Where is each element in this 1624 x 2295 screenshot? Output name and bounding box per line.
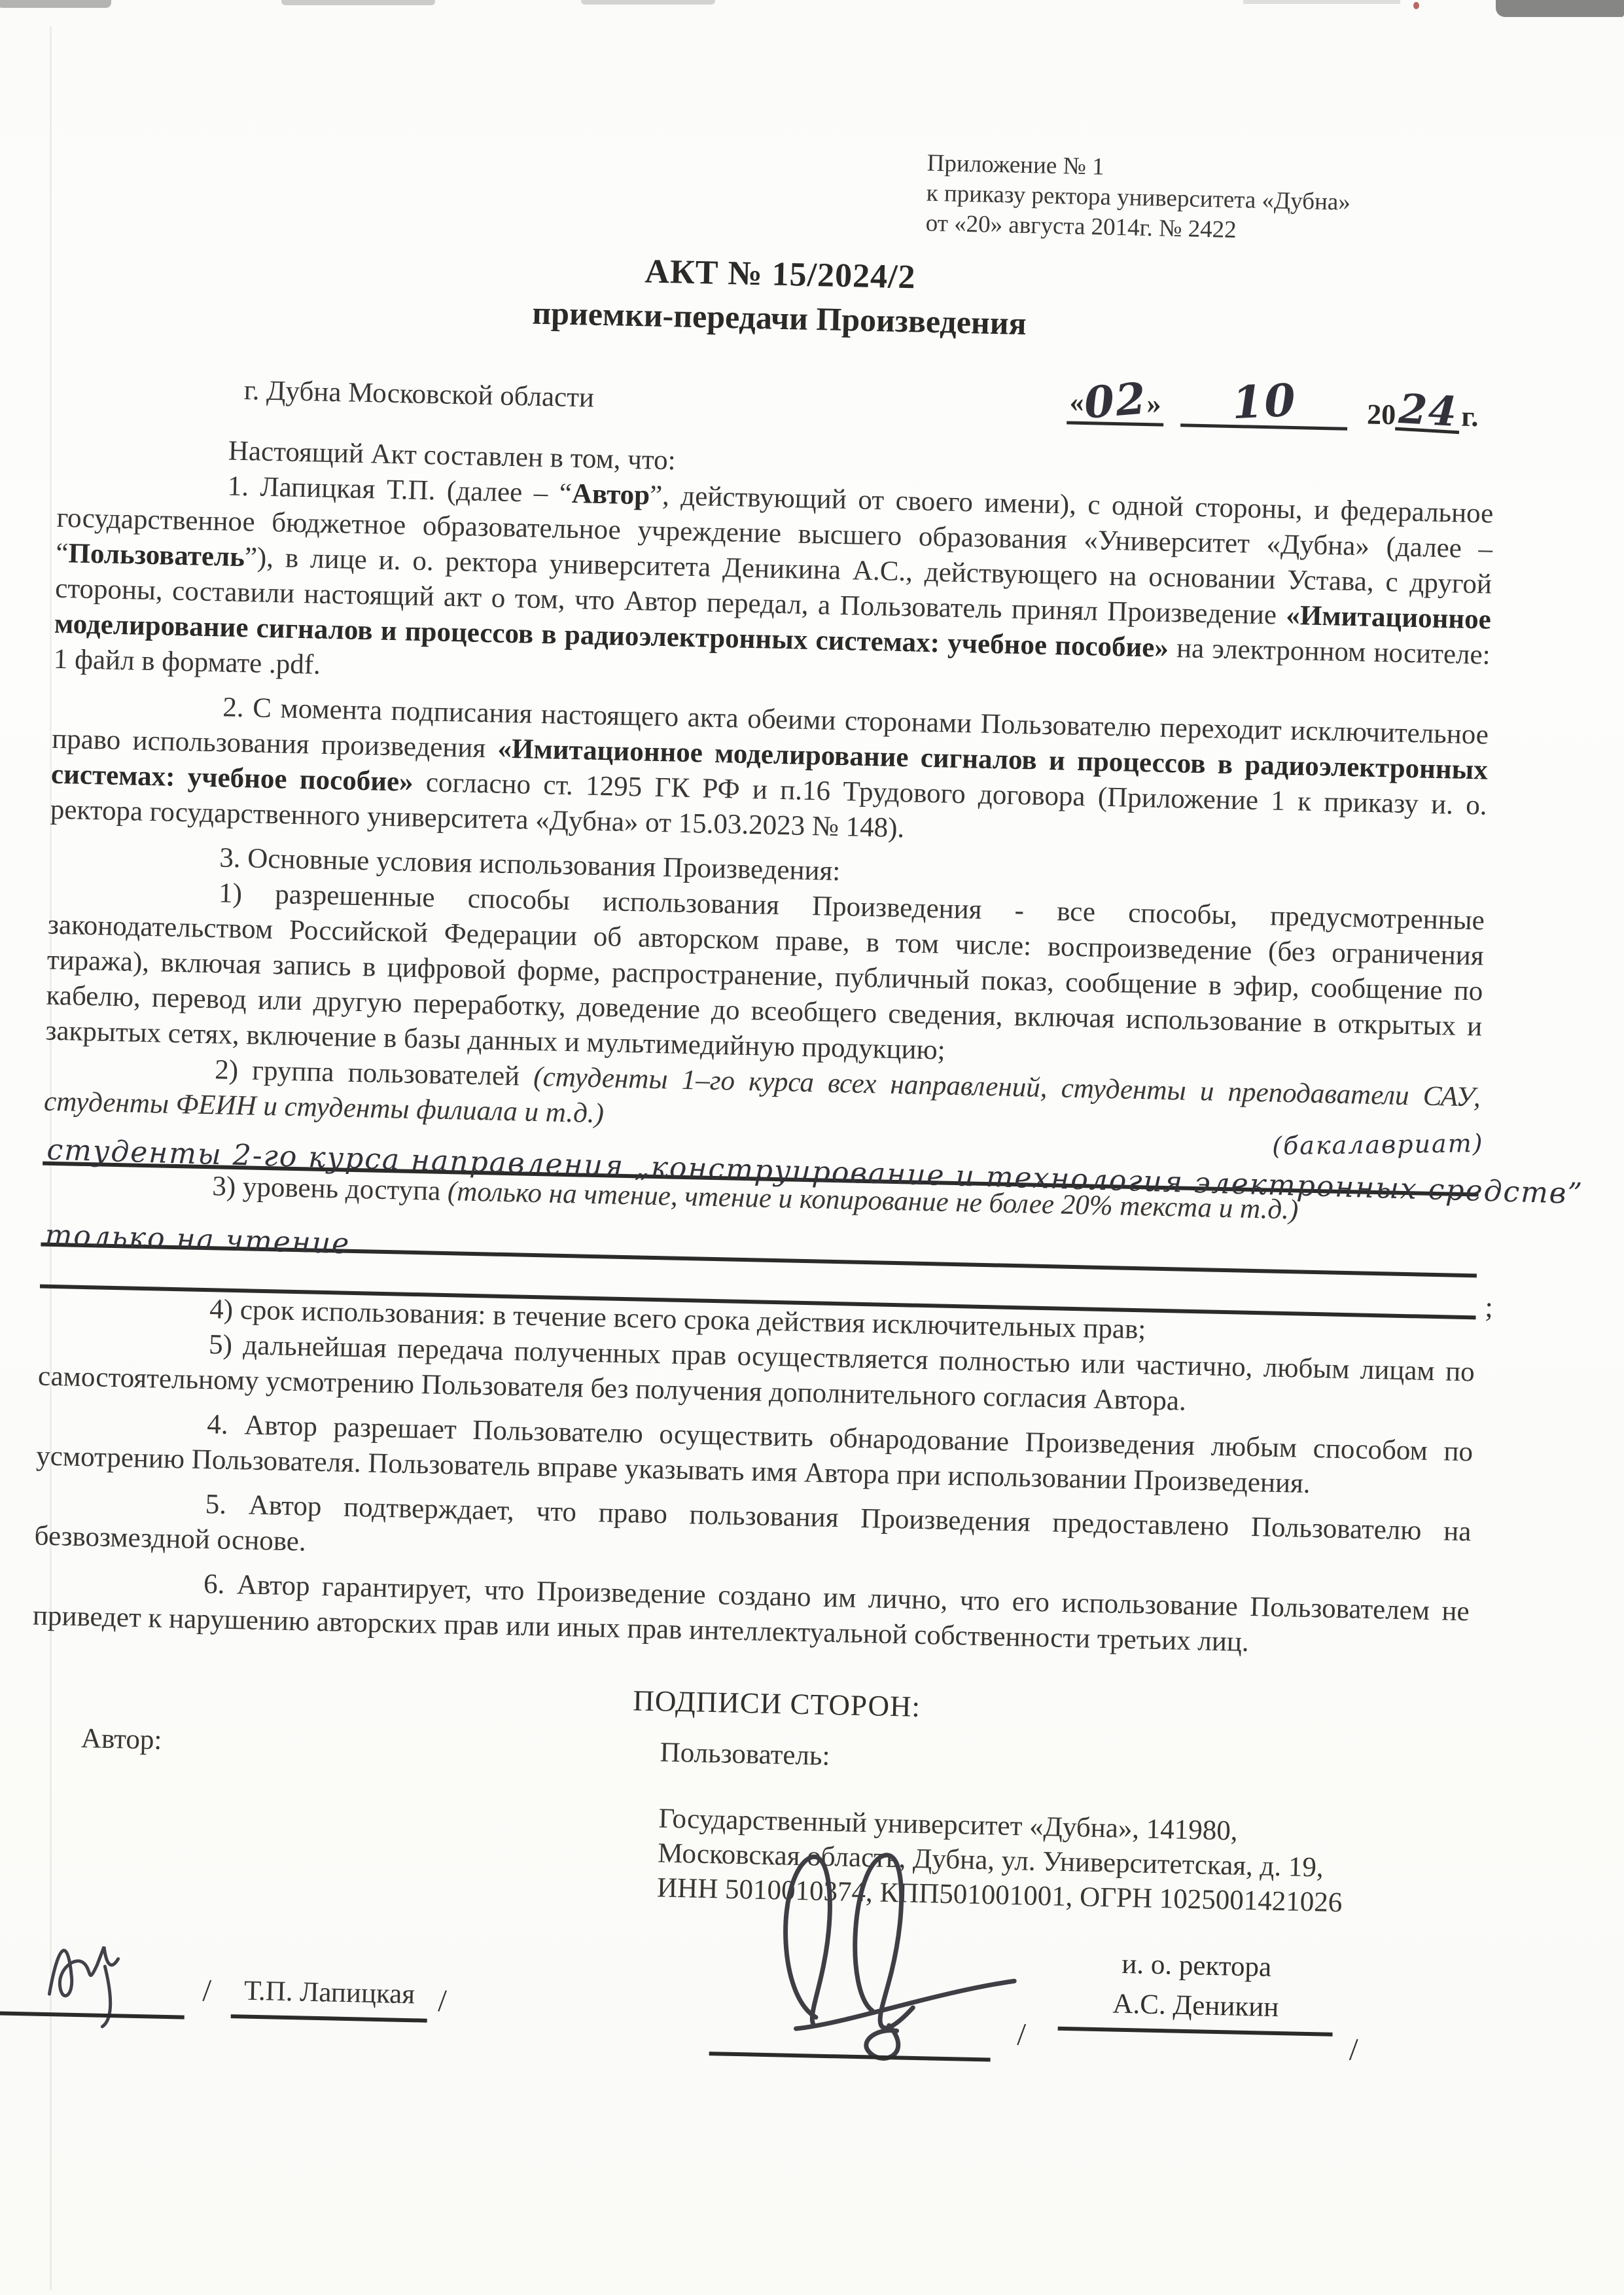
- signature-row: / Т.П. Лапицкая / / и. о. ректора А.С. Д…: [23, 1913, 1462, 2108]
- author-signature: [39, 1917, 192, 2038]
- rector-name: А.С. Деникин: [1058, 1984, 1333, 2037]
- handwritten-month: 10: [1231, 382, 1297, 422]
- user-label: Пользователь:: [660, 1735, 1345, 1785]
- document-sheet: Приложение № 1 к приказу ректора универс…: [0, 0, 1624, 2111]
- date-field: «02» 10 2024г.: [1067, 379, 1479, 433]
- city-label: г. Дубна Московской области: [243, 374, 594, 414]
- date-month-blank: 10: [1180, 382, 1348, 431]
- handwritten-group-note: (бакалавриат): [1272, 1129, 1484, 1160]
- rector-signature: [716, 1825, 1029, 2074]
- year-century: 20: [1367, 397, 1396, 431]
- paragraph-1: 1. Лапицкая Т.П. (далее – “Автор”, дейст…: [53, 465, 1494, 709]
- quote-close: »: [1146, 387, 1161, 420]
- slash-1: /: [202, 1972, 212, 2008]
- signatures-heading: ПОДПИСИ СТОРОН:: [633, 1683, 1468, 1735]
- p1-author-term: Автор: [571, 478, 650, 511]
- handwritten-year: 24: [1395, 392, 1461, 434]
- slash-3: /: [1017, 2016, 1027, 2052]
- clause-3-1: 1) разрешенные способы использования Про…: [45, 872, 1485, 1080]
- p1-seg0: 1. Лапицкая Т.П. (далее – “: [227, 471, 572, 508]
- c32-seg0: 2) группа пользователей: [215, 1054, 534, 1092]
- date-day-blank: «02»: [1067, 380, 1164, 426]
- slash-2: /: [438, 1983, 448, 2019]
- scanned-document-page: Приложение № 1 к приказу ректора универс…: [0, 0, 1624, 2295]
- date-year-group: 2024г.: [1367, 392, 1479, 433]
- author-name: Т.П. Лапицкая: [231, 1974, 428, 2023]
- scan-artifact-red-dot: [1413, 2, 1419, 9]
- rector-block: и. о. ректора А.С. Деникин: [1058, 1947, 1335, 2037]
- annex-note: Приложение № 1 к приказу ректора универс…: [925, 149, 1501, 251]
- year-era: г.: [1461, 400, 1479, 434]
- slash-4: /: [1349, 2031, 1358, 2067]
- blank-terminator: ;: [1485, 1290, 1493, 1324]
- p1-user-term: Пользователь: [68, 538, 245, 573]
- place-date-row: г. Дубна Московской области «02» 10 2024…: [59, 357, 1496, 434]
- scan-artifact-top-3: [1243, 0, 1400, 4]
- handwritten-day: 02: [1083, 379, 1148, 422]
- paragraph-2: 2. С момента подписания настоящего акта …: [50, 686, 1489, 859]
- author-label: Автор:: [78, 1722, 278, 1896]
- rector-position: и. о. ректора: [1059, 1947, 1334, 1985]
- scan-artifact-top-right: [1496, 0, 1624, 17]
- quote-open: «: [1069, 385, 1084, 419]
